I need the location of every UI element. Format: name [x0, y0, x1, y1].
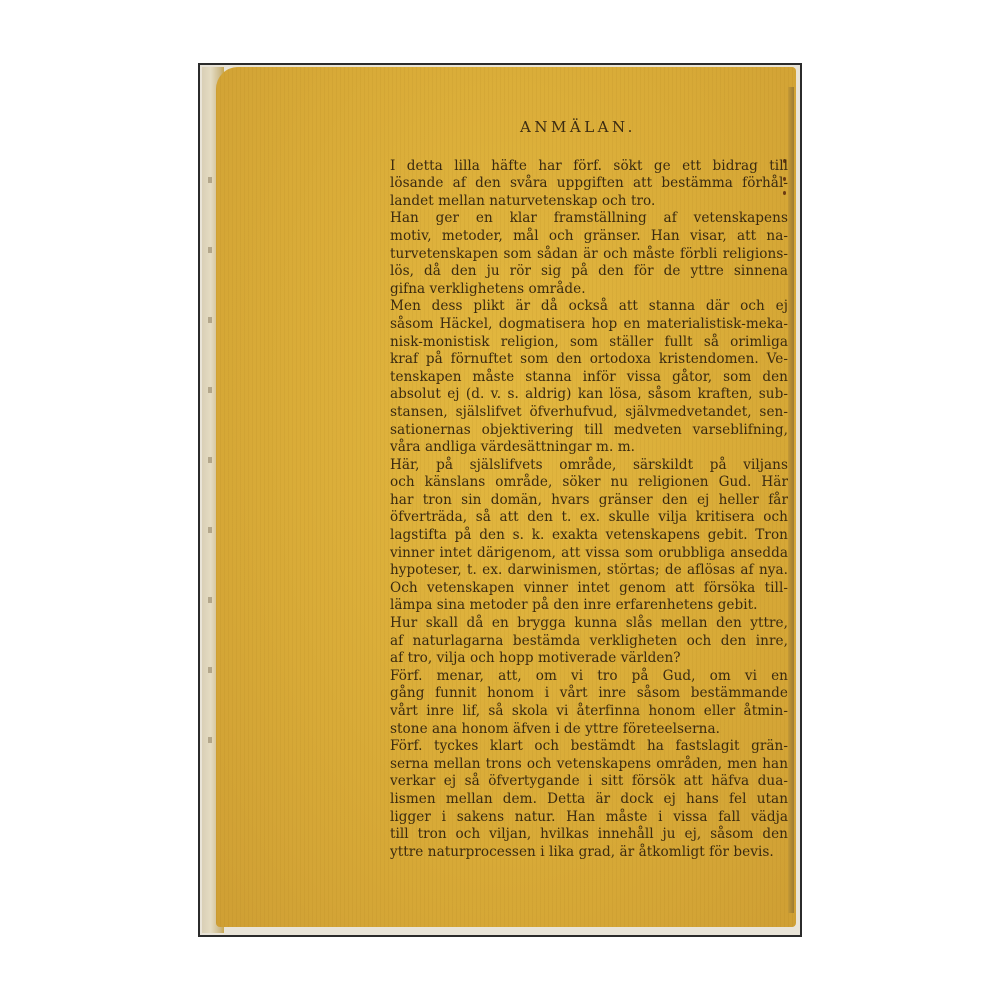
- text-line: sationernas objektivering till medveten …: [358, 422, 788, 440]
- text-line: lös, då den ju rör sig på den för de ytt…: [358, 263, 788, 281]
- text-line: af naturlagarna bestämda verkligheten oc…: [358, 633, 788, 651]
- paragraph: Men dess plikt är då också att stanna dä…: [358, 298, 788, 456]
- text-line: landet mellan naturvetenskap och tro.: [358, 193, 788, 211]
- text-line: motiv, metoder, mål och gränser. Han vis…: [358, 228, 788, 246]
- paragraph: Han ger en klar framställning af vetensk…: [358, 210, 788, 298]
- text-line: och känslans område, söker nu religionen…: [358, 474, 788, 492]
- text-line: Hur skall då en brygga kunna slås mellan…: [358, 615, 788, 633]
- text-line: nisk-monistisk religion, som ställer ful…: [358, 334, 788, 352]
- text-line: Han ger en klar framställning af vetensk…: [358, 210, 788, 228]
- text-line: lagstifta på den s. k. exakta vetenskape…: [358, 527, 788, 545]
- photo-frame: ANMÄLAN. I detta lilla häfte har förf. s…: [198, 63, 802, 937]
- paragraph: Här, på själslifvets område, särskildt p…: [358, 457, 788, 615]
- text-line: vinner intet därigenom, att vissa som or…: [358, 545, 788, 563]
- text-line: gång funnit honom i vårt inre såsom best…: [358, 685, 788, 703]
- paragraph: Förf. menar, att, om vi tro på Gud, om v…: [358, 668, 788, 738]
- text-line: af tro, vilja och hopp motiverade världe…: [358, 650, 788, 668]
- text-line: stone ana honom äfven i de yttre företee…: [358, 721, 788, 739]
- book-cover-page: ANMÄLAN. I detta lilla häfte har förf. s…: [216, 67, 796, 927]
- text-line: såsom Häckel, dogmatisera hop en materia…: [358, 316, 788, 334]
- text-line: stansen, själslifvet öfverhufvud, självm…: [358, 404, 788, 422]
- text-line: ligger i sakens natur. Han måste i vissa…: [358, 809, 788, 827]
- text-line: kraf på förnuftet som den ortodoxa krist…: [358, 351, 788, 369]
- paragraph: Hur skall då en brygga kunna slås mellan…: [358, 615, 788, 668]
- text-line: Förf. tyckes klart och bestämdt ha fasts…: [358, 738, 788, 756]
- text-line: yttre naturprocessen i lika grad, är åtk…: [358, 844, 788, 862]
- text-line: till tron och viljan, hvilkas innehåll j…: [358, 826, 788, 844]
- text-line: Förf. menar, att, om vi tro på Gud, om v…: [358, 668, 788, 686]
- text-line: hypoteser, t. ex. darwinismen, störtas; …: [358, 562, 788, 580]
- text-line: Men dess plikt är då också att stanna dä…: [358, 298, 788, 316]
- paragraph: Förf. tyckes klart och bestämdt ha fasts…: [358, 738, 788, 861]
- cover-right-edge: [788, 87, 794, 913]
- text-line: verkar ej så öfvertygande i sitt försök …: [358, 773, 788, 791]
- text-line: tenskapen måste stanna inför vissa gåtor…: [358, 369, 788, 387]
- text-line: öfverträda, så att den t. ex. skulle vil…: [358, 509, 788, 527]
- text-line: serna mellan trons och vetenskapens områ…: [358, 756, 788, 774]
- text-line: turvetenskapen som sådan är och måste fö…: [358, 246, 788, 264]
- text-line: har tron sin domän, hvars gränser den ej…: [358, 492, 788, 510]
- document-title: ANMÄLAN.: [358, 119, 788, 137]
- text-line: absolut ej (d. v. s. aldrig) kan lösa, s…: [358, 386, 788, 404]
- text-line: lämpa sina metoder på den inre erfarenhe…: [358, 597, 788, 615]
- text-line: våra andliga värdesättningar m. m.: [358, 439, 788, 457]
- text-line: Och vetenskapen vinner intet genom att f…: [358, 580, 788, 598]
- text-line: I detta lilla häfte har förf. sökt ge et…: [358, 158, 788, 176]
- document-body: ANMÄLAN. I detta lilla häfte har förf. s…: [358, 119, 788, 861]
- text-line: gifna verklighetens område.: [358, 281, 788, 299]
- text-line: Här, på själslifvets område, särskildt p…: [358, 457, 788, 475]
- paragraph: I detta lilla häfte har förf. sökt ge et…: [358, 158, 788, 211]
- text-line: lismen mellan dem. Detta är dock ej hans…: [358, 791, 788, 809]
- text-line: vårt inre lif, så skola vi återfinna hon…: [358, 703, 788, 721]
- paragraph-container: I detta lilla häfte har förf. sökt ge et…: [358, 158, 788, 862]
- text-line: lösande af den svåra uppgiften att bestä…: [358, 175, 788, 193]
